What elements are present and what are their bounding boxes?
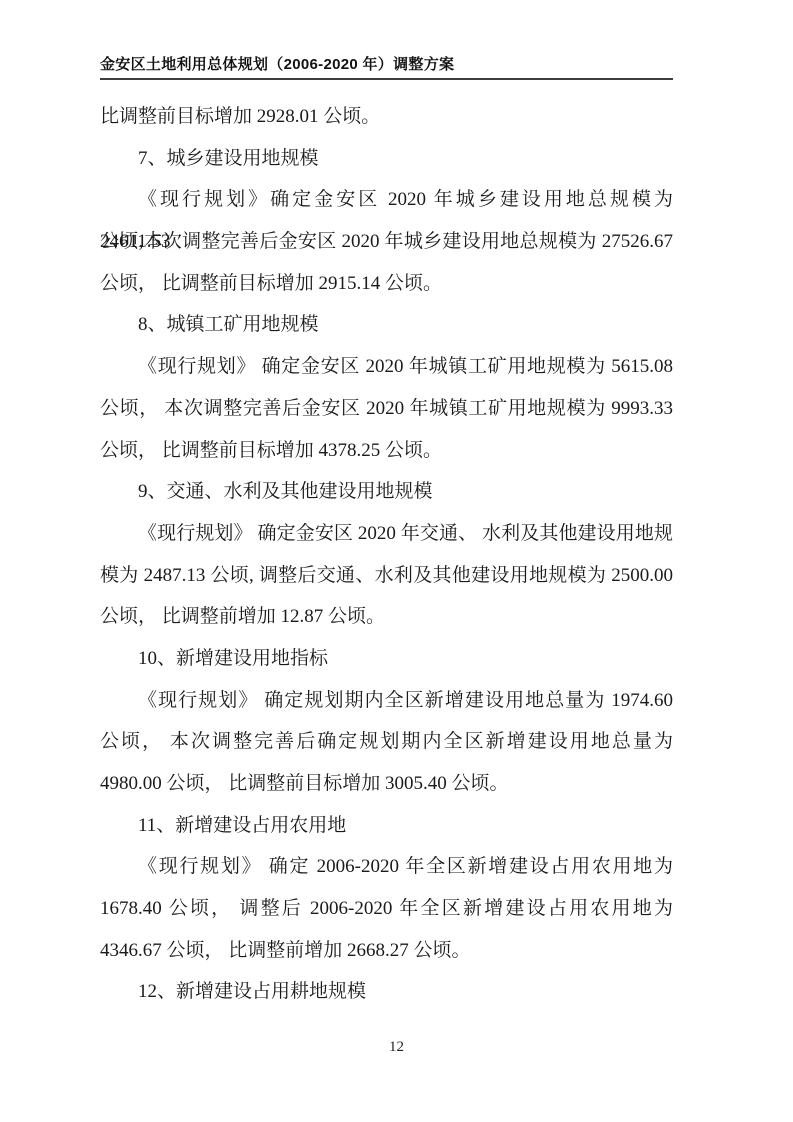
paragraph-line: 公顷， 本次调整完善后金安区 2020 年城镇工矿用地规模为 9993.33	[100, 388, 673, 430]
header-title: 金安区土地利用总体规划（2006-2020 年）调整方案	[100, 56, 454, 73]
section-heading: 9、交通、水利及其他建设用地规模	[100, 471, 673, 513]
paragraph-line: 1678.40 公顷， 调整后 2006-2020 年全区新增建设占用农用地为	[100, 888, 673, 930]
paragraph-line: 比调整前目标增加 2928.01 公顷。	[100, 96, 673, 138]
section-heading: 12、新增建设占用耕地规模	[100, 971, 673, 1013]
paragraph-line: 《现行规划》 确定金安区 2020 年城镇工矿用地规模为 5615.08	[100, 346, 673, 388]
document-body: 比调整前目标增加 2928.01 公顷。7、城乡建设用地规模《现行规划》确定金安…	[100, 96, 673, 1013]
section-heading: 10、新增建设用地指标	[100, 638, 673, 680]
paragraph-line: 4980.00 公顷， 比调整前目标增加 3005.40 公顷。	[100, 763, 673, 805]
paragraph-line: 公顷， 比调整前目标增加 4378.25 公顷。	[100, 430, 673, 472]
paragraph-line: 公顷,本次调整完善后金安区 2020 年城乡建设用地总规模为 27526.67	[100, 221, 673, 263]
paragraph-line: 公顷， 比调整前目标增加 2915.14 公顷。	[100, 263, 673, 305]
paragraph-line: 《现行规划》确定金安区 2020 年城乡建设用地总规模为 24611.53	[100, 179, 673, 221]
section-heading: 11、新增建设占用农用地	[100, 805, 673, 847]
paragraph-line: 《现行规划》 确定金安区 2020 年交通、 水利及其他建设用地规	[100, 513, 673, 555]
paragraph-line: 模为 2487.13 公顷, 调整后交通、水利及其他建设用地规模为 2500.0…	[100, 555, 673, 597]
document-page: 金安区土地利用总体规划（2006-2020 年）调整方案 比调整前目标增加 29…	[0, 0, 793, 1122]
paragraph-line: 《现行规划》 确定 2006-2020 年全区新增建设占用农用地为	[100, 846, 673, 888]
section-heading: 8、城镇工矿用地规模	[100, 304, 673, 346]
page-footer: 12	[0, 1039, 793, 1056]
paragraph-line: 公顷， 比调整前增加 12.87 公顷。	[100, 596, 673, 638]
section-heading: 7、城乡建设用地规模	[100, 138, 673, 180]
paragraph-line: 4346.67 公顷， 比调整前增加 2668.27 公顷。	[100, 930, 673, 972]
paragraph-line: 《现行规划》 确定规划期内全区新增建设用地总量为 1974.60	[100, 680, 673, 722]
page-header: 金安区土地利用总体规划（2006-2020 年）调整方案	[100, 53, 673, 80]
page-number: 12	[389, 1039, 404, 1055]
paragraph-line: 公顷， 本次调整完善后确定规划期内全区新增建设用地总量为	[100, 721, 673, 763]
